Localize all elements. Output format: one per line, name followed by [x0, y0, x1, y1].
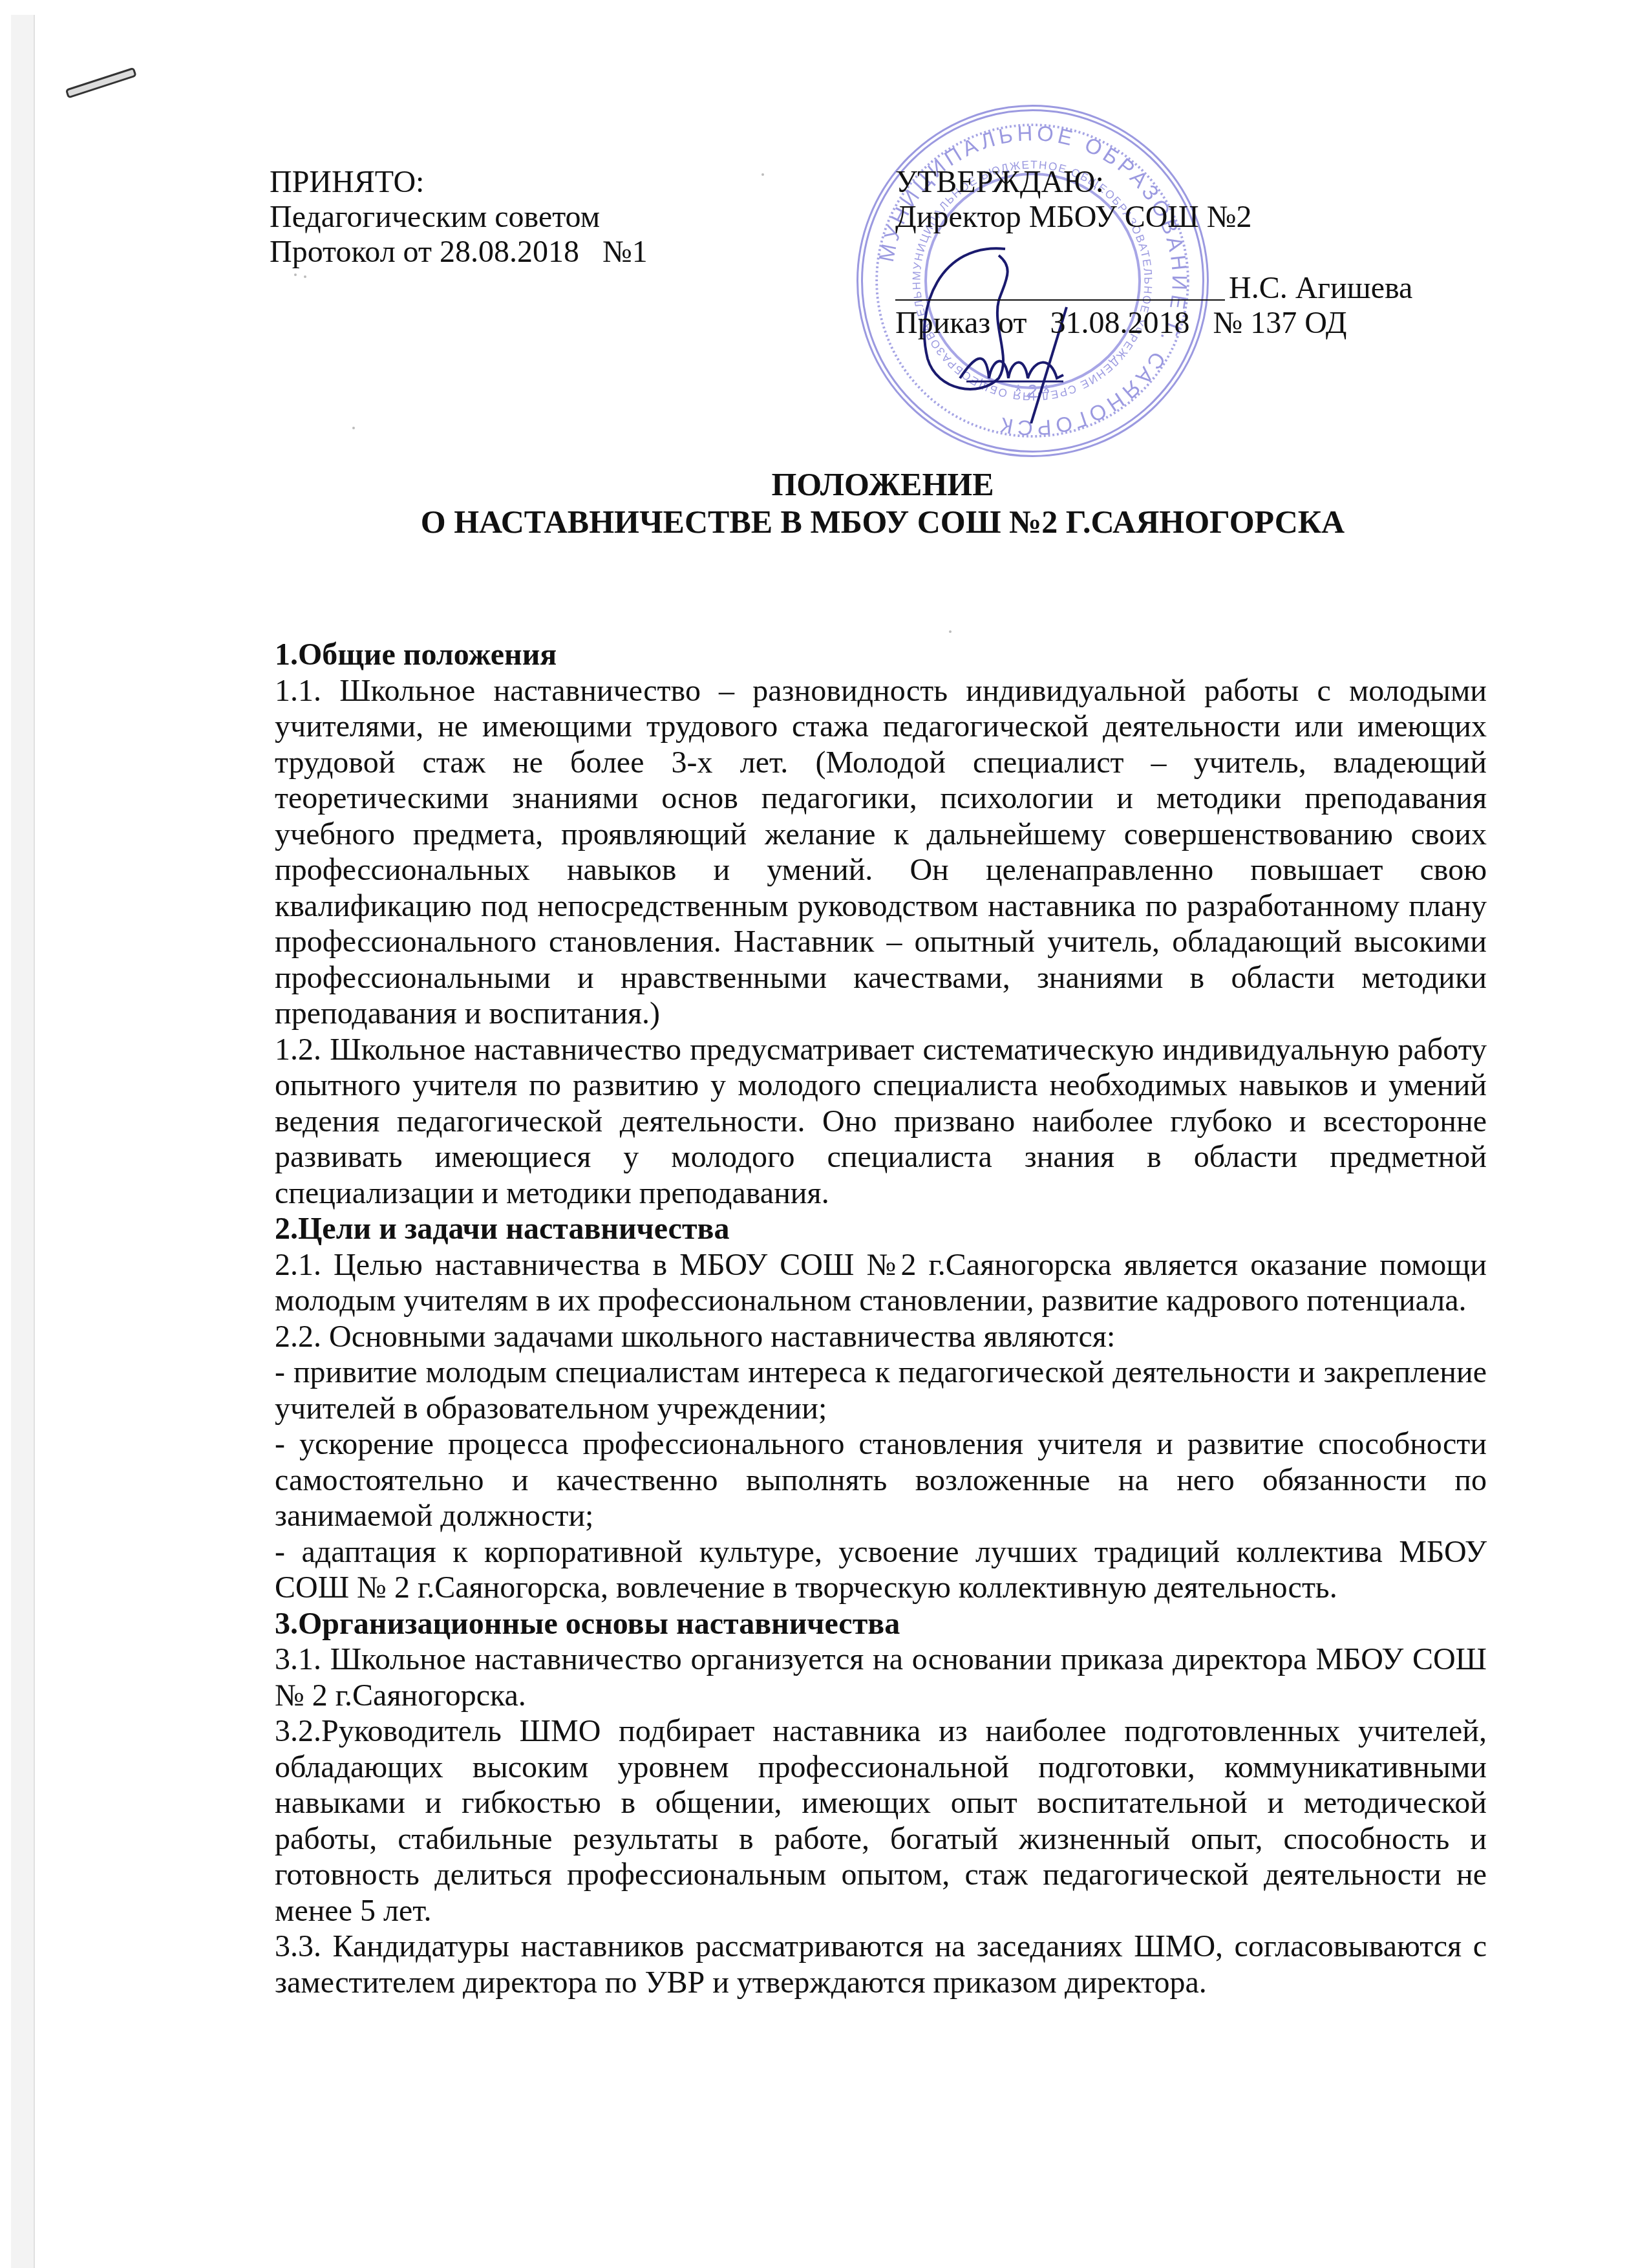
list-item: - адаптация к корпоративной культуре, ус…: [275, 1534, 1487, 1606]
staple-mark: [65, 67, 137, 99]
document-body: 1.Общие положения 1.1. Школьное наставни…: [275, 637, 1487, 2000]
document-subtitle: О НАСТАВНИЧЕСТВЕ В МБОУ СОШ №2 Г.САЯНОГО…: [0, 503, 1649, 540]
section-heading: 3.Организационные основы наставничества: [275, 1606, 1487, 1642]
paragraph: 2.1. Целью наставничества в МБОУ СОШ №2 …: [275, 1247, 1487, 1319]
signature-row: Н.С. Агишева: [895, 271, 1412, 306]
paragraph: 1.2. Школьное наставничество предусматри…: [275, 1032, 1487, 1212]
document-title: ПОЛОЖЕНИЕ: [0, 465, 1649, 503]
director-position: Директор МБОУ СОШ №2: [895, 200, 1412, 235]
section-organizational-basis: 3.Организационные основы наставничества …: [275, 1606, 1487, 2001]
scan-speck: [352, 427, 355, 429]
list-item: - привитие молодым специалистам интереса…: [275, 1354, 1487, 1426]
section-goals-and-tasks: 2.Цели и задачи наставничества 2.1. Цель…: [275, 1211, 1487, 1606]
section-general-provisions: 1.Общие положения 1.1. Школьное наставни…: [275, 637, 1487, 1211]
accepted-by: Педагогическим советом: [270, 200, 648, 235]
protocol-info: Протокол от 28.08.2018 №1: [270, 235, 648, 270]
order-info: Приказ от 31.08.2018 № 137 ОД: [895, 306, 1412, 341]
approved-label: УТВЕРЖДАЮ:: [895, 165, 1412, 200]
section-heading: 1.Общие положения: [275, 637, 1487, 673]
scan-edge-shadow: [11, 15, 35, 2268]
paragraph: 2.2. Основными задачами школьного настав…: [275, 1319, 1487, 1355]
paragraph: 3.2.Руководитель ШМО подбирает наставник…: [275, 1713, 1487, 1929]
signature-line: [895, 299, 1225, 301]
accepted-label: ПРИНЯТО:: [270, 165, 648, 200]
scan-speck: [949, 630, 952, 633]
approval-block-accepted: ПРИНЯТО: Педагогическим советом Протокол…: [270, 165, 648, 270]
section-heading: 2.Цели и задачи наставничества: [275, 1211, 1487, 1247]
approval-block-approved: УТВЕРЖДАЮ: Директор МБОУ СОШ №2 Н.С. Аги…: [895, 165, 1412, 341]
director-name: Н.С. Агишева: [1229, 271, 1412, 306]
list-item: - ускорение процесса профессионального с…: [275, 1426, 1487, 1534]
scan-speck: [761, 173, 764, 176]
paragraph: 1.1. Школьное наставничество – разновидн…: [275, 673, 1487, 1032]
paragraph: 3.3. Кандидатуры наставников рассматрива…: [275, 1929, 1487, 2000]
scan-speck: [304, 275, 306, 278]
scan-speck: [294, 273, 297, 276]
paragraph: 3.1. Школьное наставничество организуетс…: [275, 1642, 1487, 1713]
